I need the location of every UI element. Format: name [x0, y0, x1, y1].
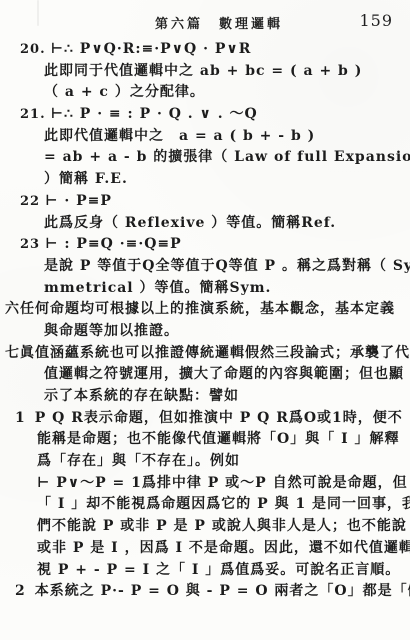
line-text: 是說 P 等值于Q全等值于Q等值 P 。稱之爲對稱（ Sy- [44, 258, 410, 274]
item-number: 2 [15, 581, 26, 603]
text-line: 「 I 」却不能視爲命題因爲它的 P 與 1 是同一回事，我 [0, 494, 410, 516]
line-text: 本系統之 P·- P = O 與 - P = O 兩者之「O」都是「假 [35, 583, 410, 599]
text-line: 六任何命題均可根據以上的推演系統，基本觀念，基本定義 [0, 299, 410, 321]
line-text: = ab + a - b 的擴張律（ Law of full Expansion [44, 149, 410, 165]
line-text: （ a + c ）之分配律。 [44, 84, 205, 100]
page-body: 20.⊢∴ P∨Q·R:≡·P∨Q · P∨R此即同于代值邏輯中之 ab + b… [0, 39, 410, 603]
line-text: ⊢ · P≡P [45, 193, 112, 209]
text-line: 與命題等加以推證。 [0, 321, 410, 343]
line-text: 或非 P 是 I ，因爲 I 不是命題。因此，還不如代值邏輯 [37, 540, 410, 556]
line-text: ）簡稱 F.E. [44, 171, 128, 187]
line-text: 視 P + - P = I 之「 I 」爲值爲妥。可說名正言順。 [37, 562, 400, 578]
line-text: ⊢ : P≡Q ·≡·Q≡P [45, 236, 182, 252]
text-line: 值邏輯之符號運用，擴大了命題的內容與範圍；但也顯 [0, 364, 410, 386]
text-line: 21.⊢∴ P · ≡ : P · Q . ∨ . ～Q [0, 104, 410, 126]
item-number: 23 [20, 234, 40, 256]
item-number: 21. [20, 104, 46, 126]
text-line: 能稱是命題；也不能像代值邏輯將「O」與「 I 」解釋 [0, 429, 410, 451]
text-line: ）簡稱 F.E. [0, 169, 410, 191]
text-line: 們不能說 P 或非 P 是 P 或說人與非人是人；也不能說 P [0, 516, 410, 538]
text-line: 視 P + - P = I 之「 I 」爲值爲妥。可說名正言順。 [0, 560, 410, 582]
line-text: 此即同于代值邏輯中之 ab + bc = ( a + b ) [44, 63, 362, 79]
line-text: 此即代值邏輯中之 a = a ( b + - b ) [44, 128, 315, 144]
text-line: 示了本系統的存在缺點：譬如 [0, 386, 410, 408]
text-line: 或非 P 是 I ，因爲 I 不是命題。因此，還不如代值邏輯 [0, 538, 410, 560]
text-line: mmetrical ）等值。簡稱Sym. [0, 278, 410, 300]
text-line: 1P Q R表示命題，但如推演中 P Q R爲O或1時，便不 [0, 408, 410, 430]
page-header-title: 第六篇 數理邏輯 [14, 13, 410, 32]
line-text: 「 I 」却不能視爲命題因爲它的 P 與 1 是同一回事，我 [37, 496, 410, 512]
text-line: ⊢ P∨～P = 1爲排中律 P 或～P 自然可說是命題，但 [0, 473, 410, 495]
line-text: 六任何命題均可根據以上的推演系統，基本觀念，基本定義 [5, 301, 395, 317]
text-line: 20.⊢∴ P∨Q·R:≡·P∨Q · P∨R [0, 39, 410, 61]
page-number: 159 [359, 11, 393, 30]
line-text: 爲「存在」與「不存在」。例如 [37, 453, 240, 469]
text-line: 此爲反身（ Reflexive ）等值。簡稱Ref. [0, 213, 410, 235]
line-text: 七眞值涵蘊系統也可以推證傳統邏輯假然三段論式；承襲了代 [5, 345, 410, 361]
line-text: 與命題等加以推證。 [44, 323, 179, 339]
line-text: ⊢∴ P∨Q·R:≡·P∨Q · P∨R [51, 41, 252, 57]
line-text: 此爲反身（ Reflexive ）等值。簡稱Ref. [44, 215, 336, 231]
line-text: mmetrical ）等值。簡稱Sym. [44, 280, 271, 296]
item-number: 22 [20, 191, 40, 213]
text-line: 此即同于代值邏輯中之 ab + bc = ( a + b ) [0, 61, 410, 83]
text-line: 是說 P 等值于Q全等值于Q等值 P 。稱之爲對稱（ Sy- [0, 256, 410, 278]
item-number: 1 [15, 408, 26, 430]
line-text: ⊢∴ P · ≡ : P · Q . ∨ . ～Q [51, 106, 258, 122]
text-line: 2本系統之 P·- P = O 與 - P = O 兩者之「O」都是「假 [0, 581, 410, 603]
text-line: = ab + a - b 的擴張律（ Law of full Expansion [0, 147, 410, 169]
line-text: 們不能說 P 或非 P 是 P 或說人與非人是人；也不能說 P [37, 518, 410, 534]
line-text: 示了本系統的存在缺點：譬如 [44, 388, 239, 404]
item-number: 20. [20, 39, 46, 61]
line-text: ⊢ P∨～P = 1爲排中律 P 或～P 自然可說是命題，但 [37, 475, 408, 491]
text-line: 此即代值邏輯中之 a = a ( b + - b ) [0, 126, 410, 148]
text-line: 七眞值涵蘊系統也可以推證傳統邏輯假然三段論式；承襲了代 [0, 343, 410, 365]
text-line: （ a + c ）之分配律。 [0, 82, 410, 104]
text-line: 爲「存在」與「不存在」。例如 [0, 451, 410, 473]
text-line: 23⊢ : P≡Q ·≡·Q≡P [0, 234, 410, 256]
line-text: 能稱是命題；也不能像代值邏輯將「O」與「 I 」解釋 [37, 431, 400, 447]
line-text: P Q R表示命題，但如推演中 P Q R爲O或1時，便不 [35, 410, 403, 426]
text-line: 22⊢ · P≡P [0, 191, 410, 213]
scanned-page: 第六篇 數理邏輯 159 20.⊢∴ P∨Q·R:≡·P∨Q · P∨R此即同于… [0, 0, 410, 640]
line-text: 值邏輯之符號運用，擴大了命題的內容與範圍；但也顯 [44, 366, 404, 382]
